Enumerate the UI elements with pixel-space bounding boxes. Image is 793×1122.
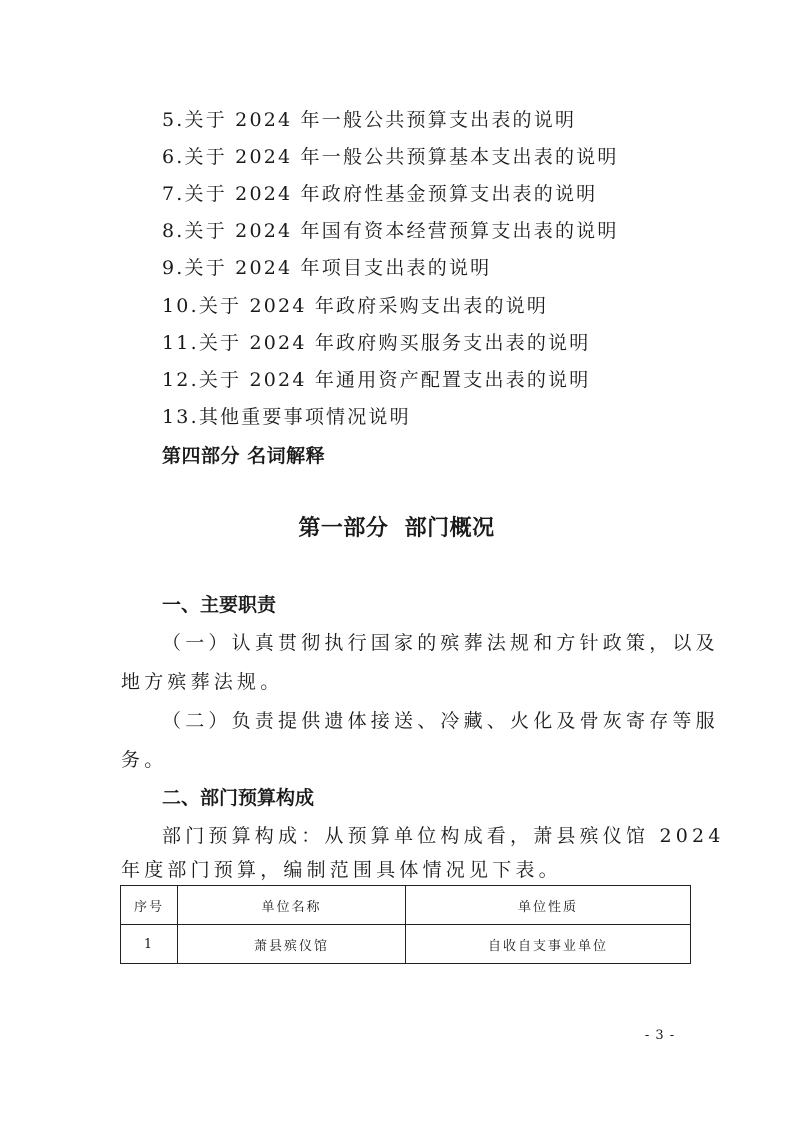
toc-item-6: 6.关于 2024 年一般公共预算基本支出表的说明 [162,145,619,169]
budget-para-line-2: 年度部门预算，编制范围具体情况见下表。 [121,857,562,883]
header-serial-number: 序号 [121,886,178,925]
toc-part-four: 第四部分 名词解释 [162,443,325,469]
duty-1-line-2: 地方殡葬法规。 [121,669,283,695]
toc-item-5: 5.关于 2024 年一般公共预算支出表的说明 [162,108,576,132]
table-header-row: 序号 单位名称 单位性质 [121,886,691,925]
part-one-title: 第一部分 部门概况 [0,514,793,544]
toc-item-10: 10.关于 2024 年政府采购支出表的说明 [162,294,548,318]
header-unit-nature: 单位性质 [406,886,691,925]
toc-item-11: 11.关于 2024 年政府购买服务支出表的说明 [162,331,590,355]
table-row: 1 萧县殡仪馆 自收自支事业单位 [121,925,691,964]
budget-units-table: 序号 单位名称 单位性质 1 萧县殡仪馆 自收自支事业单位 [120,885,691,964]
toc-item-9: 9.关于 2024 年项目支出表的说明 [162,256,491,280]
duty-1-line-1: （一）认真贯彻执行国家的殡葬法规和方针政策，以及 [162,630,719,656]
duty-2-line-1: （二）负责提供遗体接送、冷藏、火化及骨灰寄存等服 [162,708,719,734]
section-heading-main-duties: 一、主要职责 [162,592,276,618]
budget-para-line-1: 部门预算构成：从预算单位构成看，萧县殡仪馆 2024 [162,823,725,849]
cell-unit-name: 萧县殡仪馆 [178,925,406,964]
cell-unit-nature: 自收自支事业单位 [406,925,691,964]
section-heading-budget-composition: 二、部门预算构成 [162,785,314,811]
page-number: - 3 - [600,1028,720,1043]
toc-item-7: 7.关于 2024 年政府性基金预算支出表的说明 [162,182,597,206]
toc-item-8: 8.关于 2024 年国有资本经营预算支出表的说明 [162,219,619,243]
toc-item-12: 12.关于 2024 年通用资产配置支出表的说明 [162,368,590,392]
toc-item-13: 13.其他重要事项情况说明 [162,405,411,429]
header-unit-name: 单位名称 [178,886,406,925]
duty-2-line-2: 务。 [121,747,167,773]
cell-serial-number: 1 [121,925,178,964]
